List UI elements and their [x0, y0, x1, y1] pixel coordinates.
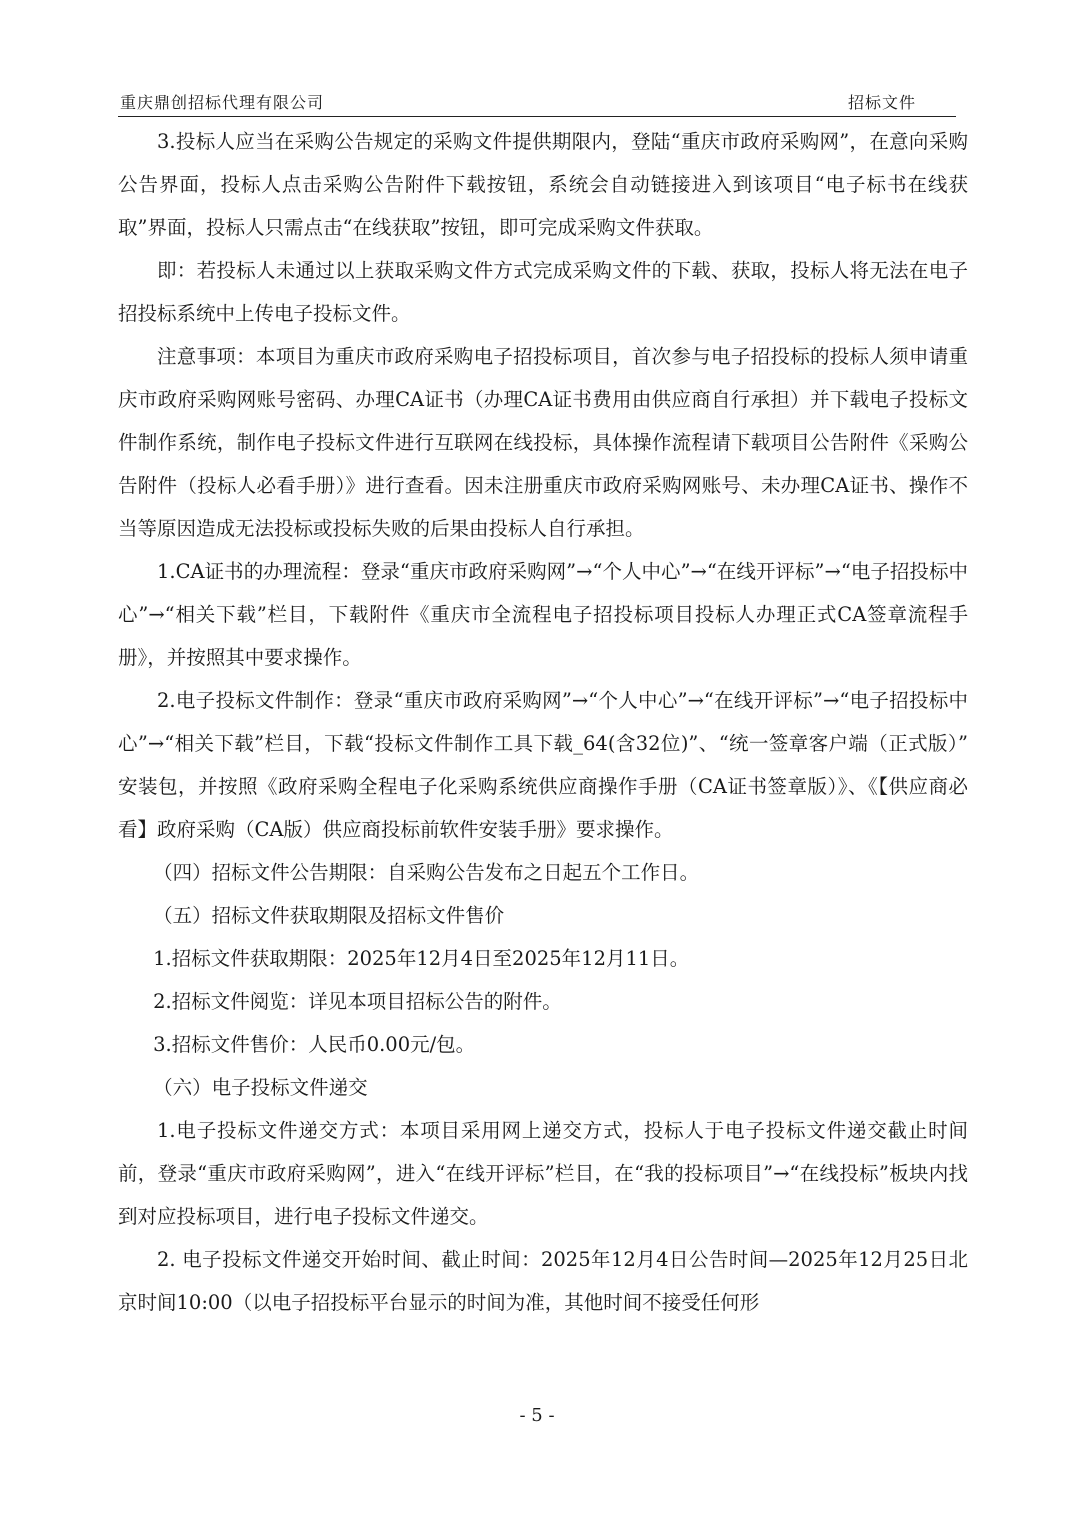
item-acquisition-period: 1.招标文件获取期限：2025年12月4日至2025年12月11日。 — [118, 937, 968, 980]
page-number: - 5 - — [0, 1405, 1074, 1426]
paragraph-download-note: 即：若投标人未通过以上获取采购文件方式完成采购文件的下载、获取，投标人将无法在电… — [118, 249, 968, 335]
paragraph-ca-process: 1.CA证书的办理流程：登录“重庆市政府采购网”→“个人中心”→“在线开评标”→… — [118, 550, 968, 679]
paragraph-submission-time: 2. 电子投标文件递交开始时间、截止时间：2025年12月4日公告时间—2025… — [118, 1238, 968, 1324]
document-body: 3.投标人应当在采购公告规定的采购文件提供期限内，登陆“重庆市政府采购网”，在意… — [118, 120, 968, 1324]
paragraph-submission-method: 1.电子投标文件递交方式：本项目采用网上递交方式，投标人于电子投标文件递交截止时… — [118, 1109, 968, 1238]
page-header: 重庆鼎创招标代理有限公司 招标文件 — [118, 88, 956, 117]
paragraph-bid-file-preparation: 2.电子投标文件制作：登录“重庆市政府采购网”→“个人中心”→“在线开评标”→“… — [118, 679, 968, 851]
company-name: 重庆鼎创招标代理有限公司 — [120, 90, 324, 113]
document-type: 招标文件 — [848, 90, 916, 113]
item-document-price: 3.招标文件售价：人民币0.00元/包。 — [118, 1023, 968, 1066]
section-heading-acquisition: （五）招标文件获取期限及招标文件售价 — [118, 894, 968, 937]
paragraph-download-instructions: 3.投标人应当在采购公告规定的采购文件提供期限内，登陆“重庆市政府采购网”，在意… — [118, 120, 968, 249]
paragraph-notice: 注意事项：本项目为重庆市政府采购电子招投标项目，首次参与电子招投标的投标人须申请… — [118, 335, 968, 550]
item-document-viewing: 2.招标文件阅览：详见本项目招标公告的附件。 — [118, 980, 968, 1023]
section-heading-announcement-period: （四）招标文件公告期限：自采购公告发布之日起五个工作日。 — [118, 851, 968, 894]
section-heading-submission: （六）电子投标文件递交 — [118, 1066, 968, 1109]
